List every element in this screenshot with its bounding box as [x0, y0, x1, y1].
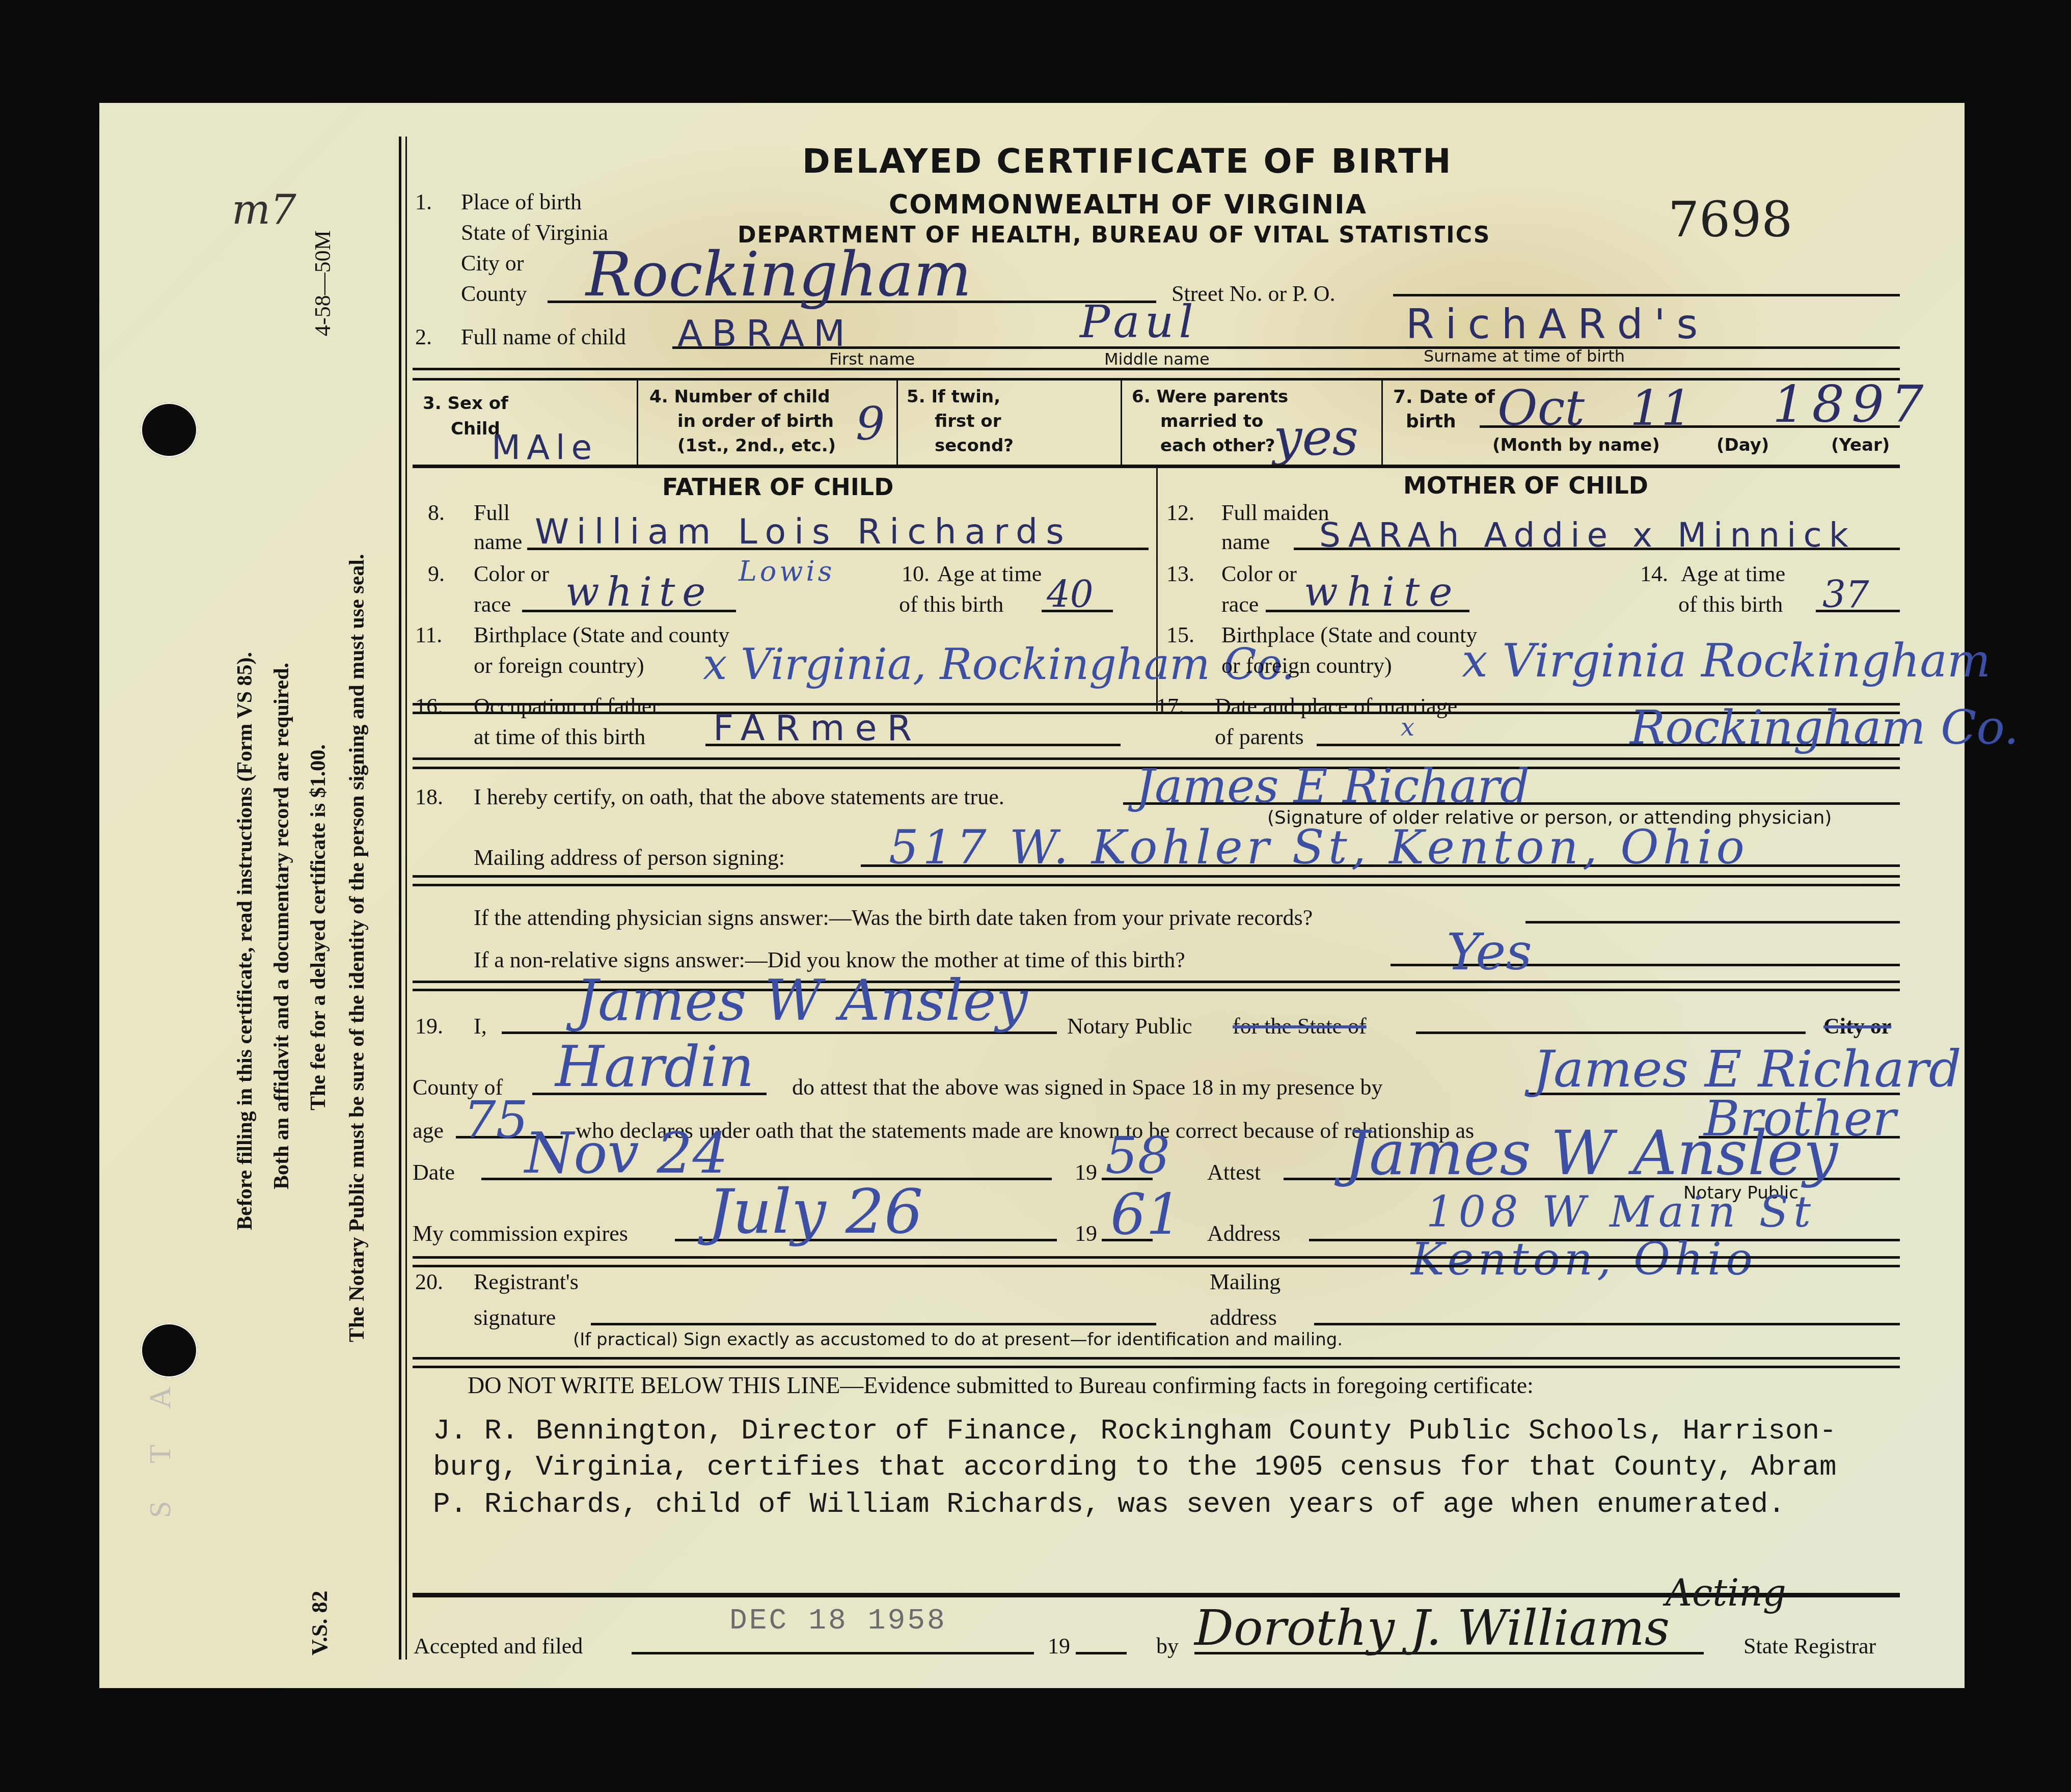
evidence-heading: DO NOT WRITE BELOW THIS LINE—Evidence su…	[468, 1374, 1534, 1397]
date-label: Date	[413, 1161, 455, 1184]
registrant-signature-line	[591, 1323, 1156, 1325]
physician-question: If the attending physician signs answer:…	[474, 907, 1313, 929]
father-age-value[interactable]: 40	[1047, 573, 1094, 616]
field-15-num: 15.	[1166, 624, 1194, 646]
married-value[interactable]: yes	[1273, 408, 1358, 467]
field-2-num: 2.	[415, 326, 432, 348]
notary-county-value[interactable]: Hardin	[555, 1034, 754, 1099]
middle-name-caption: Middle name	[1104, 349, 1210, 369]
age-label: age	[413, 1120, 444, 1142]
margin-instruction-3: The fee for a delayed certificate is $1.…	[308, 744, 329, 1110]
child-name-label: Full name of child	[461, 326, 626, 348]
bleed-through-marks: S T A	[143, 1371, 178, 1518]
county-label: County	[461, 283, 527, 305]
year-caption: (Year)	[1831, 437, 1890, 454]
certificate-number: 7698	[1668, 191, 1792, 248]
notary-address-line2[interactable]: Kenton, Ohio	[1411, 1233, 1757, 1285]
col-divider	[896, 379, 898, 466]
field-13-num: 13.	[1166, 563, 1194, 585]
field-16-num: 16.	[415, 695, 443, 718]
divider	[413, 1256, 1900, 1259]
physician-answer-line	[1525, 921, 1900, 924]
father-birthplace-value[interactable]: x Virginia, Rockingham Co.	[703, 639, 1295, 689]
field-10-num: 10.	[902, 563, 930, 585]
notary-date-year[interactable]: 58	[1105, 1126, 1170, 1185]
city-or-label: City or	[461, 252, 524, 275]
marriage-label: Date and place of marriage	[1215, 695, 1457, 718]
divider	[413, 1265, 1900, 1267]
certification-signature[interactable]: James E Richard	[1136, 759, 1530, 813]
pencil-note: m7	[232, 186, 296, 233]
day-caption: (Day)	[1716, 437, 1769, 454]
date-year-prefix: 19	[1075, 1161, 1097, 1184]
notary-address-line1[interactable]: 108 W Main St	[1426, 1187, 1816, 1237]
frame-left-outer	[399, 137, 401, 1660]
mailing-address-label: Mailing address of person signing:	[474, 847, 785, 869]
margin-instruction-1: Before filling in this certificate, read…	[234, 652, 256, 1230]
by-label: by	[1156, 1635, 1179, 1658]
occupation-value[interactable]: FARmeR	[713, 707, 922, 749]
sex-value[interactable]: MAle	[492, 428, 598, 467]
punch-hole-bottom	[141, 1323, 198, 1378]
mailing-address-value[interactable]: 517 W. Kohler St, Kenton, Ohio	[889, 820, 1749, 875]
accepted-filed-label: Accepted and filed	[414, 1635, 583, 1658]
mother-race-value[interactable]: white	[1304, 569, 1461, 615]
attest-label: Attest	[1207, 1161, 1261, 1184]
evidence-line-2: burg, Virginia, certifies that according…	[433, 1451, 1837, 1483]
marriage-mark: x	[1401, 713, 1414, 742]
field-14-num: 14.	[1640, 563, 1668, 585]
child-surname[interactable]: RichARd's	[1406, 301, 1709, 348]
father-race-label-2: race	[474, 593, 511, 616]
nonrelative-answer[interactable]: Yes	[1447, 922, 1532, 982]
commission-year-prefix: 19	[1075, 1223, 1097, 1245]
commission-value[interactable]: July 26	[708, 1177, 923, 1247]
marriage-label-2: of parents	[1215, 726, 1304, 748]
registrant-mailing-label-2: address	[1210, 1307, 1277, 1329]
sex-label: 3. Sex of	[423, 395, 508, 412]
occupation-label-2: at time of this birth	[474, 726, 645, 748]
mother-birthplace-label-2: or foreign country)	[1221, 655, 1392, 677]
field-19-num: 19.	[415, 1015, 443, 1038]
registrant-caption: (If practical) Sign exactly as accustome…	[573, 1329, 1343, 1350]
registrant-label-2: signature	[474, 1307, 556, 1329]
field-8-num: 8.	[428, 502, 445, 524]
divider	[413, 875, 1900, 878]
field-12-num: 12.	[1166, 502, 1194, 524]
mother-age-label-2: of this birth	[1678, 593, 1783, 616]
married-label-2: married to	[1160, 413, 1263, 430]
certification-statement: I hereby certify, on oath, that the abov…	[474, 786, 1004, 808]
filing-year-line	[1076, 1652, 1127, 1654]
mother-name-label-2: name	[1221, 531, 1270, 553]
month-caption: (Month by name)	[1492, 437, 1660, 454]
struck-state-text: for the State of	[1233, 1015, 1367, 1038]
child-number-label-2: in order of birth	[677, 413, 834, 430]
field-18-num: 18.	[415, 786, 443, 808]
mother-birthplace-label: Birthplace (State and county	[1221, 624, 1477, 646]
notary-i-label: I,	[474, 1015, 487, 1038]
mother-name-label: Full maiden	[1221, 502, 1329, 524]
col-divider	[637, 379, 638, 466]
birth-date-label: 7. Date of	[1393, 388, 1495, 406]
child-number-label: 4. Number of child	[649, 388, 830, 405]
mother-age-value[interactable]: 37	[1822, 573, 1869, 616]
attest-text: do attest that the above was signed in S…	[792, 1076, 1383, 1099]
state-heading: COMMONWEALTH OF VIRGINIA	[889, 189, 1367, 220]
occupation-label: Occupation of father	[474, 695, 659, 718]
father-name-value[interactable]: William Lois Richards	[535, 512, 1072, 552]
evidence-line-1: J. R. Bennington, Director of Finance, R…	[433, 1415, 1837, 1447]
father-birthplace-label-2: or foreign country)	[474, 655, 644, 677]
twin-label-3: second?	[935, 437, 1014, 454]
divider	[413, 884, 1900, 886]
commission-label: My commission expires	[413, 1223, 628, 1245]
birth-year[interactable]: 1897	[1773, 374, 1931, 434]
notary-public-text: Notary Public	[1067, 1015, 1192, 1038]
divider	[413, 1366, 1900, 1368]
mother-name-value[interactable]: SARAh Addie x Minnick	[1319, 515, 1856, 555]
birth-month[interactable]: Oct	[1497, 379, 1585, 437]
father-age-label-2: of this birth	[899, 593, 1003, 616]
birth-day[interactable]: 11	[1630, 379, 1692, 437]
evidence-line-3: P. Richards, child of William Richards, …	[433, 1488, 1785, 1521]
registrant-label: Registrant's	[474, 1271, 579, 1293]
page-title: DELAYED CERTIFICATE OF BIRTH	[802, 142, 1453, 181]
field-20-num: 20.	[415, 1271, 443, 1293]
col-divider	[1121, 379, 1122, 466]
place-of-birth-label: Place of birth	[461, 191, 582, 213]
child-first-name[interactable]: ABRAM	[677, 312, 854, 355]
father-race-label: Color or	[474, 563, 549, 585]
filing-year-prefix: 19	[1048, 1635, 1070, 1658]
father-name-label-2: name	[474, 531, 522, 553]
divider	[413, 368, 1900, 370]
field-1-num: 1.	[415, 191, 432, 213]
field-11-num: 11.	[415, 624, 442, 646]
child-middle-name[interactable]: Paul	[1080, 295, 1198, 348]
notary-name[interactable]: James W Ansley	[576, 968, 1028, 1033]
mother-race-label: Color or	[1221, 563, 1297, 585]
registrant-mailing-label: Mailing	[1210, 1271, 1280, 1293]
divider	[413, 1357, 1900, 1360]
surname-caption: Surname at time of birth	[1424, 346, 1625, 366]
father-birthplace-label: Birthplace (State and county	[474, 624, 729, 646]
child-number-label-3: (1st., 2nd., etc.)	[677, 437, 836, 454]
county-value[interactable]: Rockingham	[586, 239, 972, 310]
street-line	[1393, 294, 1900, 296]
commission-year[interactable]: 61	[1110, 1182, 1182, 1247]
married-label: 6. Were parents	[1132, 388, 1288, 405]
acting-note: Acting	[1666, 1571, 1786, 1614]
form-number: V.S. 82	[309, 1590, 331, 1655]
accepted-filed-line	[632, 1652, 1034, 1654]
marriage-value[interactable]: Rockingham Co.	[1630, 700, 2019, 755]
father-name-correction: Lowis	[739, 555, 835, 587]
twin-label: 5. If twin,	[907, 388, 1000, 405]
registrant-mailing-line	[1314, 1323, 1900, 1325]
field-9-num: 9.	[428, 563, 445, 585]
notary-age-value[interactable]: 75	[464, 1090, 528, 1150]
father-age-label: Age at time	[937, 563, 1042, 585]
child-number-value[interactable]: 9	[856, 397, 885, 451]
attest-signature[interactable]: James W Ansley	[1345, 1118, 1838, 1189]
twin-label-2: first or	[935, 413, 1001, 430]
col-divider	[1381, 379, 1383, 466]
frame-left-inner	[405, 137, 407, 1660]
struck-city-text: City or	[1823, 1015, 1891, 1038]
father-race-value[interactable]: white	[565, 569, 713, 615]
married-label-3: each other?	[1160, 437, 1275, 454]
field-17-num: 17.	[1156, 695, 1184, 718]
birth-date-label-2: birth	[1406, 413, 1456, 431]
notary-state-line	[1416, 1031, 1806, 1034]
margin-instruction-2: Both an affidavit and a documentary reco…	[271, 663, 292, 1189]
registrar-title: State Registrar	[1743, 1635, 1876, 1658]
mother-birthplace-value[interactable]: x Virginia Rockingham	[1462, 634, 1991, 688]
punch-hole-top	[141, 402, 198, 457]
margin-instruction-4: The Notary Public must be sure of the id…	[346, 554, 368, 1342]
registrar-signature: Dorothy J. Williams	[1194, 1599, 1670, 1657]
filed-date-stamp: DEC 18 1958	[729, 1605, 947, 1638]
notary-date-value[interactable]: Nov 24	[525, 1121, 728, 1186]
father-name-label: Full	[474, 502, 510, 524]
mother-race-label-2: race	[1221, 593, 1259, 616]
mother-age-label: Age at time	[1681, 563, 1785, 585]
father-heading: FATHER OF CHILD	[662, 475, 893, 499]
address-label: Address	[1207, 1223, 1280, 1245]
mother-heading: MOTHER OF CHILD	[1403, 474, 1648, 497]
child-name-line	[672, 346, 1900, 349]
first-name-caption: First name	[829, 349, 915, 369]
print-code: 4-58—50M	[312, 230, 334, 336]
